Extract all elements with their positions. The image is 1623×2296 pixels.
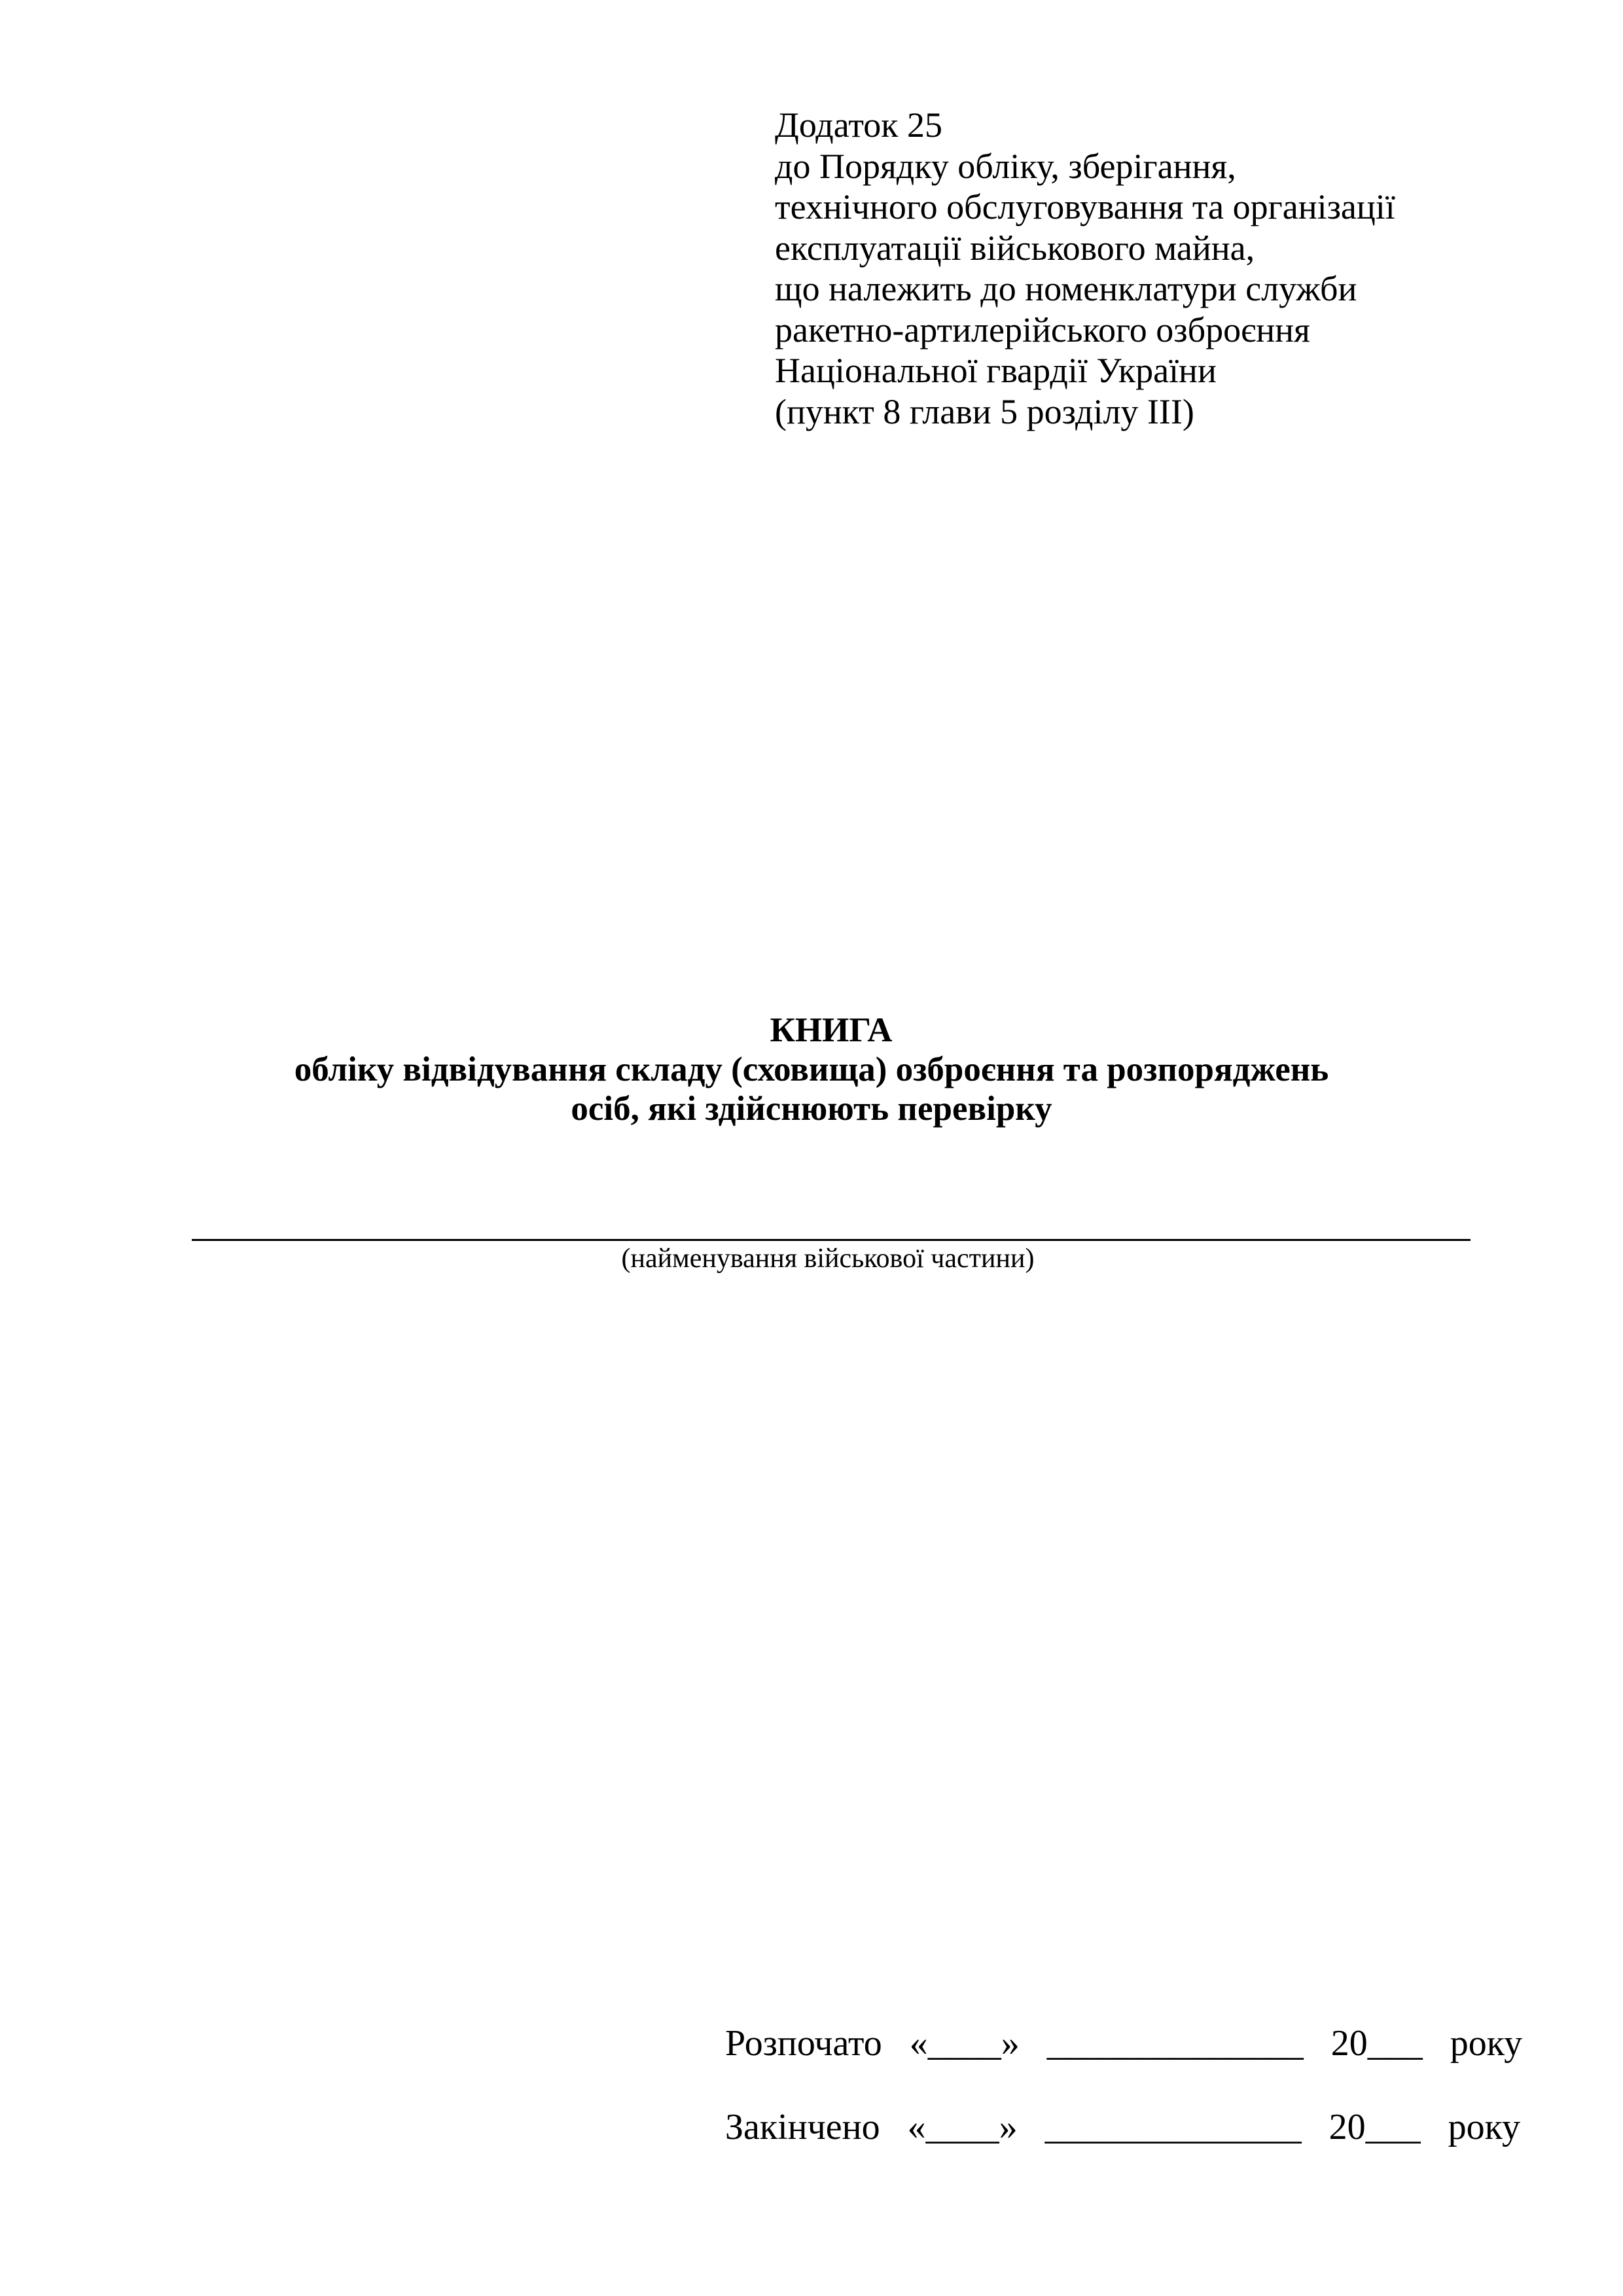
title-main: КНИГА xyxy=(39,1011,1623,1050)
appendix-line: ракетно-артилерійського озброєння xyxy=(775,310,1395,351)
finished-label: Закінчено xyxy=(725,2107,880,2147)
finished-date-row: Закінчено «____» ______________ 20___ ро… xyxy=(725,2106,1522,2148)
appendix-reference: Додаток 25 до Порядку обліку, зберігання… xyxy=(775,105,1395,432)
appendix-line: Додаток 25 xyxy=(775,105,1395,146)
date-block: Розпочато «____» ______________ 20___ ро… xyxy=(725,2022,1522,2190)
started-year-suffix: року xyxy=(1450,2023,1522,2064)
appendix-line: що належить до номенклатури служби xyxy=(775,268,1395,310)
finished-year-field[interactable]: 20___ xyxy=(1329,2107,1421,2147)
document-title: КНИГА обліку відвідування складу (сховищ… xyxy=(0,1011,1623,1128)
finished-year-suffix: року xyxy=(1448,2107,1520,2147)
title-subtitle-line-2: осіб, які здійснюють перевірку xyxy=(0,1089,1623,1128)
finished-day-field[interactable]: «____» xyxy=(908,2107,1018,2147)
started-label: Розпочато xyxy=(725,2023,882,2064)
appendix-line: до Порядку обліку, зберігання, xyxy=(775,146,1395,187)
military-unit-name-field[interactable] xyxy=(192,1239,1471,1241)
appendix-line: експлуатації військового майна, xyxy=(775,228,1395,269)
appendix-line: технічного обслуговування та організації xyxy=(775,187,1395,228)
appendix-line: Національної гвардії України xyxy=(775,350,1395,391)
started-year-field[interactable]: 20___ xyxy=(1331,2023,1423,2064)
military-unit-caption: (найменування військової частини) xyxy=(0,1242,1623,1275)
title-subtitle-line-1: обліку відвідування складу (сховища) озб… xyxy=(0,1050,1623,1089)
started-date-row: Розпочато «____» ______________ 20___ ро… xyxy=(725,2022,1522,2064)
appendix-line: (пункт 8 глави 5 розділу III) xyxy=(775,391,1395,433)
started-day-field[interactable]: «____» xyxy=(910,2023,1020,2064)
started-month-field[interactable]: ______________ xyxy=(1047,2023,1304,2064)
finished-month-field[interactable]: ______________ xyxy=(1045,2107,1302,2147)
